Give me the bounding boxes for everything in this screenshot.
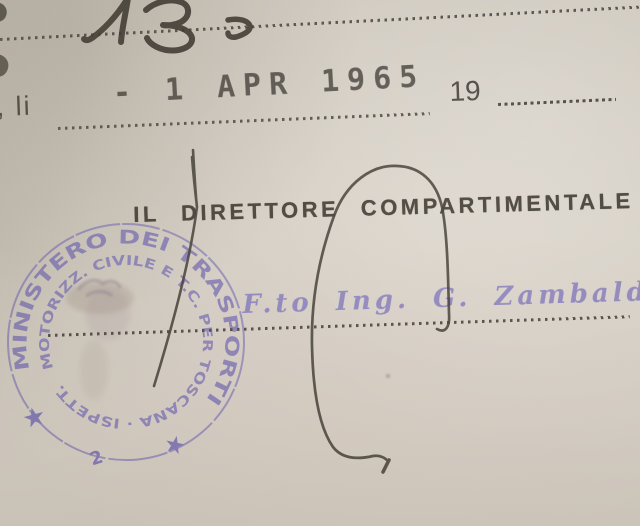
- pen-loop-stroke: [312, 166, 449, 461]
- pen-signature: [0, 0, 640, 526]
- ink-speck: [386, 374, 390, 378]
- pen-end-tick: [383, 460, 389, 472]
- pen-diagonal-stroke: [154, 150, 197, 386]
- document-page: 13, , li - 1 APR 1965 19 IL DIRETTORE CO…: [0, 0, 640, 526]
